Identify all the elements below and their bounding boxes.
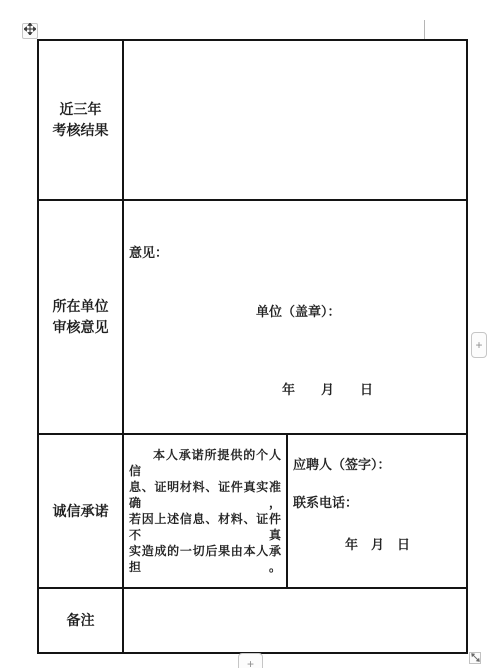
signature-date-line: 年 月 日 — [345, 534, 410, 553]
promise-line-3: 若因上述信息、材料、证件不真 — [129, 511, 281, 543]
unit-review-label-line1: 所在单位 — [53, 296, 109, 317]
unit-review-label-line2: 审核意见 — [53, 317, 109, 338]
opinion-label: 意见： — [129, 242, 168, 261]
text-caret — [424, 20, 425, 39]
integrity-label: 诚信承诺 — [53, 501, 109, 522]
remarks-label-cell: 备注 — [39, 589, 122, 652]
assessment-content-cell[interactable] — [124, 41, 466, 199]
plus-icon: + — [247, 658, 254, 668]
integrity-label-cell: 诚信承诺 — [39, 435, 122, 587]
resize-diagonal-icon — [471, 649, 480, 667]
insert-row-button[interactable]: + — [238, 653, 263, 668]
remarks-label: 备注 — [67, 610, 95, 631]
remarks-content-cell[interactable] — [124, 589, 466, 652]
unit-review-date-line: 年 月 日 — [282, 379, 373, 398]
integrity-promise-cell[interactable]: 本人承诺所提供的个人信 息、证明材料、证件真实准确， 若因上述信息、材料、证件不… — [124, 435, 286, 587]
unit-seal-label: 单位（盖章）： — [256, 301, 341, 320]
assessment-label-line1: 近三年 — [60, 99, 102, 120]
promise-line-4: 实造成的一切后果由本人承担。 — [129, 543, 281, 575]
contact-phone-label: 联系电话： — [293, 492, 358, 511]
promise-line-1: 本人承诺所提供的个人信 — [129, 447, 281, 479]
table-resize-handle[interactable] — [469, 652, 481, 664]
document-page: { "document": { "rows": { "assessment": … — [0, 0, 487, 668]
assessment-label-cell: 近三年 考核结果 — [39, 41, 122, 199]
table-move-handle[interactable] — [22, 23, 38, 39]
integrity-signature-cell[interactable]: 应聘人（签字）： 联系电话： 年 月 日 — [288, 435, 466, 587]
move-arrows-icon — [24, 22, 36, 40]
applicant-signature-label: 应聘人（签字）： — [293, 454, 391, 473]
form-table: 近三年 考核结果 所在单位 审核意见 意见： 单位（盖章）： 年 月 日 诚信承… — [37, 39, 468, 654]
promise-line-2: 息、证明材料、证件真实准确， — [129, 479, 281, 511]
insert-column-button[interactable]: + — [471, 332, 487, 358]
unit-review-label-cell: 所在单位 审核意见 — [39, 201, 122, 433]
unit-review-content-cell[interactable]: 意见： 单位（盖章）： 年 月 日 — [124, 201, 466, 433]
assessment-label-line2: 考核结果 — [53, 120, 109, 141]
plus-icon: + — [475, 339, 482, 351]
